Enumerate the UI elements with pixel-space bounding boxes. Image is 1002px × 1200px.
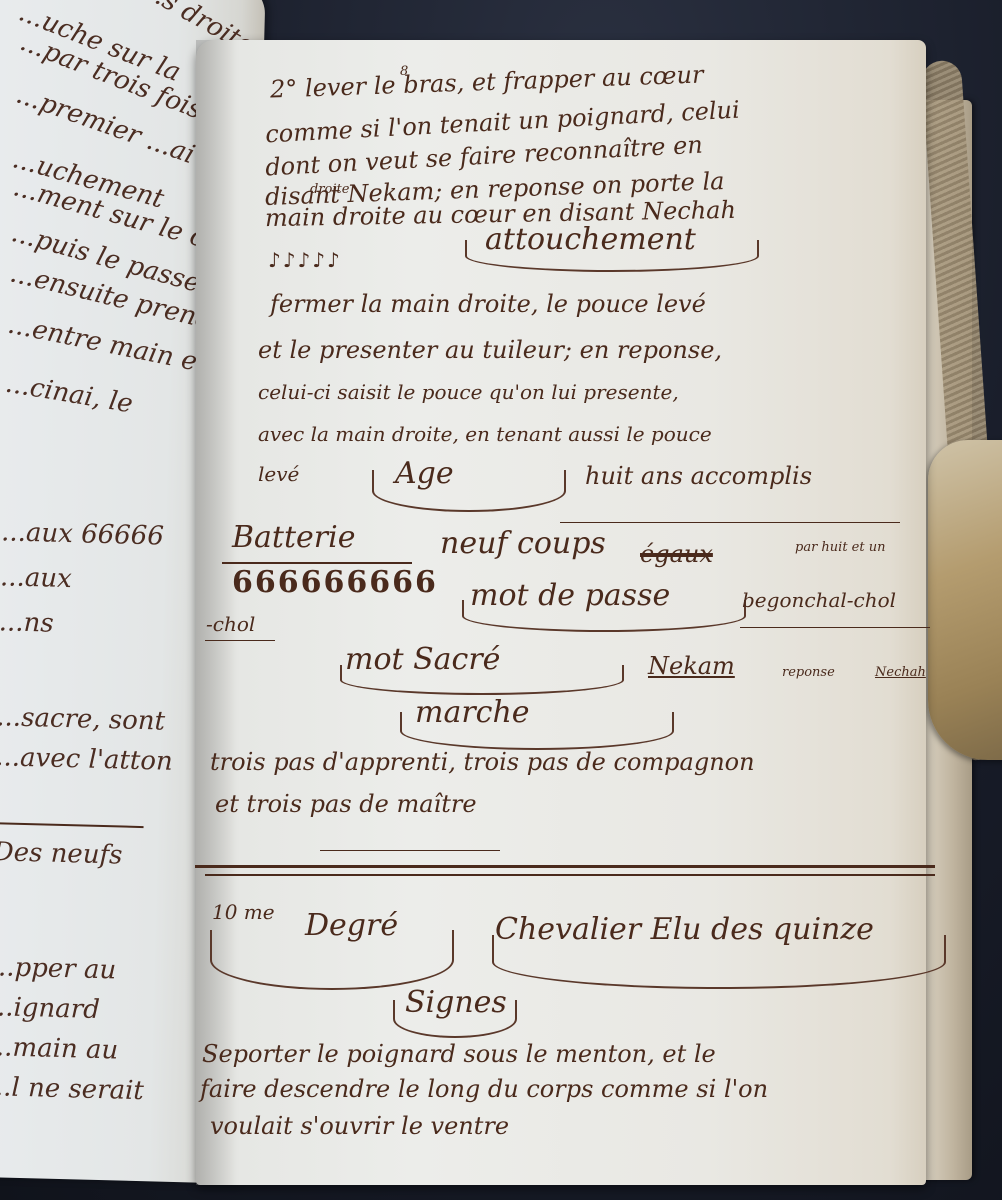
left-line: ...main au <box>0 1032 119 1065</box>
rule <box>560 522 900 523</box>
text-line: trois pas d'apprenti, trois pas de compa… <box>210 748 755 776</box>
value-mot-de-passe: begonchal-chol <box>742 588 896 612</box>
reponse-value: Nechah <box>875 665 926 680</box>
left-line: ...aux <box>0 562 72 594</box>
text-line: Seporter le poignard sous le menton, et … <box>202 1040 716 1068</box>
text-line: faire descendre le long du corps comme s… <box>200 1075 768 1103</box>
signes-swash <box>393 1000 517 1038</box>
text-line: levé <box>258 462 299 486</box>
knock-marks: ♪♪♪♪♪ <box>268 248 342 272</box>
heading-swash <box>465 240 759 272</box>
left-line: ...cinai, le <box>3 369 135 420</box>
text-line: fermer la main droite, le pouce levé <box>270 290 706 318</box>
reponse-label: reponse <box>782 665 835 680</box>
value-age: huit ans accomplis <box>585 462 812 490</box>
text-line: avec la main droite, en tenant aussi le … <box>258 422 712 446</box>
rule <box>205 640 275 641</box>
struck-word: égaux <box>640 540 713 568</box>
left-line: ...aux 66666 <box>1 517 164 551</box>
left-line: ...ignard <box>0 992 100 1025</box>
text-line: et le presenter au tuileur; en reponse, <box>258 336 722 364</box>
age-swash <box>372 470 566 512</box>
left-rule <box>0 822 144 828</box>
interlinear-insert: droite <box>310 182 349 197</box>
left-line: ...pper au <box>0 952 117 985</box>
degre-swash <box>210 930 454 990</box>
left-line: ...ns <box>0 607 54 638</box>
left-line: ...avec l'atton <box>0 742 173 777</box>
text-line: celui-ci saisit le pouce qu'on lui prese… <box>258 380 679 404</box>
rule <box>320 850 500 851</box>
title-swash <box>492 935 946 989</box>
left-line: Des neufs <box>0 837 123 870</box>
marche-swash <box>400 712 674 750</box>
degree-number: 10 me <box>212 900 275 924</box>
batterie-note: par huit et un <box>795 540 885 555</box>
rule <box>740 627 930 628</box>
rule <box>222 562 412 564</box>
section-divider <box>195 865 935 868</box>
value-batterie: neuf coups <box>440 526 606 561</box>
leather-tab <box>928 440 1002 760</box>
section-divider <box>205 874 935 876</box>
text-line: voulait s'ouvrir le ventre <box>210 1112 509 1140</box>
mot-sacre-swash <box>340 665 624 695</box>
left-line: ...l ne serait <box>0 1072 144 1106</box>
value-mot-sacre: Nekam <box>648 652 735 680</box>
text-line: et trois pas de maître <box>215 790 477 818</box>
left-line: ...sacre, sont <box>0 702 165 736</box>
mot-de-passe-swash <box>462 600 746 632</box>
mot-de-passe-continuation: -chol <box>206 612 255 636</box>
batterie-marks: 666666666 <box>232 565 438 600</box>
label-batterie: Batterie <box>232 520 356 555</box>
